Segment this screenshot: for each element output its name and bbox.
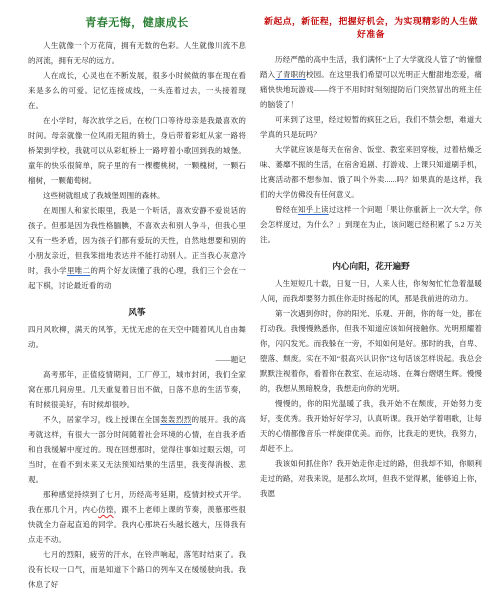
paragraph: 第一次遇到你时，你的阳光、乐观、开朗，你的每一处，都在打动我。我慢慢熟悉你，但我… [260, 306, 482, 396]
left-essay-title: 青春无悔，健康成长 [28, 14, 246, 30]
grammar-marked-text: 知乎上读 [298, 205, 329, 214]
grammar-marked-text: 了青职的 [275, 70, 306, 79]
paragraph: 人在成长，心灵也在不断发展，很多小时候做的事在现在看来是多么的可爱。记忆连接成线… [28, 68, 246, 113]
paragraph: 历经严酷的高中生活，我们满怀“上了大学就没人管了”的憧憬踏入了青职的校园。在这里… [260, 52, 482, 112]
paragraph: 人生短短几十载，日复一日，人来人往，你匆匆忙忙急着温暖人间，而我却要努力抓住你走… [260, 276, 482, 306]
paragraph: 七月的烈阳，疲劳的汗水，在铃声响起，落笔时结束了。我没有长叹一口气，而是知道下个… [28, 547, 246, 592]
paragraph: 我该如何抓住你？我开始走你走过的路，但我却不知，你顺利走过的路，对我来说，是那么… [260, 456, 482, 501]
paragraph: 人生就像一个万花筒，拥有无数的色彩。人生就像川流不息的河流，拥有无尽的远方。 [28, 38, 246, 68]
right-essay-title: 新起点，新征程，把握好机会，为实现精彩的人生做好准备 [260, 14, 482, 40]
paragraph: 可来到了这里，经过短暂的疯狂之后，我们不禁会想，难道大学真的只是玩吗？ [260, 112, 482, 142]
paragraph: 曾经在知乎上读过这样一个问题「果让你重新上一次大学，你会怎样度过，为什么？」到现… [260, 202, 482, 247]
spelling-marked-text: 仿徨 [98, 505, 114, 514]
paragraph: 这些树就组成了我城堡周围的森林。 [28, 188, 246, 203]
grammar-marked-text: 里唯二 [67, 266, 90, 275]
page-right: 新起点，新征程，把握好机会，为实现精彩的人生做好准备 历经严酷的高中生活，我们满… [260, 14, 482, 490]
text-run: 不久，居家学习，线上授课在全国 [43, 415, 160, 424]
paragraph: 不久，居家学习，线上授课在全国轰轰烈烈的展开。我的高考就这样，有很大一部分时间随… [28, 412, 246, 487]
paragraph: 高考那年，正值疫情期间，工厂停工，城市封闭，我们全家窝在那几间房里。几天重复着日… [28, 367, 246, 412]
page-left: 青春无悔，健康成长 人生就像一个万花筒，拥有无数的色彩。人生就像川流不息的河流，… [28, 14, 246, 490]
paragraph: 慢慢的，你的阳光温暖了我，我开始不在颓废，开始努力变好，变优秀。我开始好好学习，… [260, 396, 482, 456]
paragraph: 在周围人和家长眼里，我是一个听话，喜欢安静不爱说话的孩子。但那是因为我性格腼腆，… [28, 203, 246, 293]
section-heading-sunny: 内心向阳，花开遍野 [260, 260, 482, 272]
paragraph: 那种感觉持续到了七月，历经高考延期，疫情封校式开学。我在那几个月，内心仿徨，跟不… [28, 487, 246, 547]
document-spread: 青春无悔，健康成长 人生就像一个万花筒，拥有无数的色彩。人生就像川流不息的河流，… [0, 0, 500, 500]
grammar-marked-text: 轰轰烈烈 [160, 415, 191, 424]
epigraph: 四月风吹柳，满天的风筝，无忧无虑的在天空中随着风儿自由舞动。 [28, 322, 246, 352]
text-run: 的展开。我的高考就这样，有很大一部分时间随着社会环境的心情，在自我矛盾和自我缓解… [28, 415, 246, 484]
text-run: 曾经在 [275, 205, 298, 214]
paragraph: 大学就应该是每天在宿舍、饭堂、教室来回穿梭，过着枯燥乏味、萎靡不振的生活，在宿舍… [260, 142, 482, 202]
section-heading-kite: 风筝 [28, 306, 246, 318]
epigraph-attribution: ——题记 [28, 352, 246, 367]
paragraph: 在小学时，每次放学之后，在校门口等待母亲是我最喜欢的时间。母亲就像一位风雨无阻的… [28, 113, 246, 188]
text-run: 在周围人和家长眼里，我是一个听话，喜欢安静不爱说话的孩子。但那是因为我性格腼腆，… [28, 206, 246, 275]
